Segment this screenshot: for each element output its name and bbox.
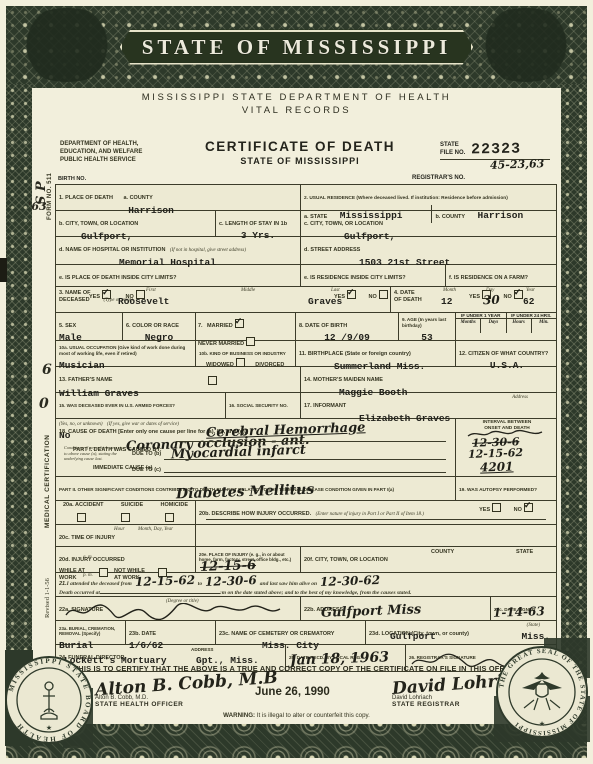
field-armed-forces: 15. WAS DECEASED EVER IN U.S. ARMED FORC… [56, 393, 226, 418]
field-marital-status: 7. MARRIED NEVER MARRIED WIDOWED DIVORCE… [196, 313, 296, 340]
field-informant: 17. INFORMANT Address Elizabeth Graves [301, 393, 558, 418]
field-citizen: 12. CITIZEN OF WHAT COUNTRY? U.S.A. [456, 341, 558, 366]
field-death-city: b. CITY, TOWN, OR LOCATION Gulfport, [56, 211, 216, 236]
death-limits-label: e. IS PLACE OF DEATH INSIDE CITY LIMITS? [59, 275, 176, 282]
field-residence-farm: f. IS RESIDENCE ON A FARM? YES NO [446, 265, 558, 286]
left-seal-star: ★ [46, 724, 52, 732]
location-city-value: Gulfport [390, 631, 436, 642]
scan-artifact [0, 258, 7, 282]
hours-label: Hours [507, 319, 532, 333]
informant-label: 17. INFORMANT [304, 403, 346, 410]
field-burial-date: 23b. DATE 1/6/62 [126, 621, 216, 644]
death-occurred-label: Death occurred at [59, 590, 100, 596]
top-border-engraving: STATE OF MISSISSIPPI [6, 6, 587, 88]
death-certificate-page: STATE OF MISSISSIPPI MISSISSIPPI STATE D… [0, 0, 593, 764]
copy-date: June 26, 1990 [255, 686, 330, 698]
field-cemetery: 23c. NAME OF CEMETERY OR CREMATORY Miss.… [216, 621, 366, 644]
month-label: Month [443, 288, 456, 293]
field-residence-city: c. CITY, TOWN, OR LOCATION Gulfport, [301, 211, 558, 236]
state-file-label1: STATE [440, 142, 459, 148]
field-sex: 5. SEX Male [56, 313, 123, 340]
physician-signature-scrawl [62, 603, 287, 620]
under-24-hrs-label: IF UNDER 24 HRS. [507, 313, 557, 318]
cause-line-c [164, 472, 446, 473]
field-physician-address: 22b. ADDRESS Gulfport Miss [301, 597, 491, 620]
field-place-of-death: 1. PLACE OF DEATH a. COUNTY Harrison [56, 185, 301, 210]
conditions-note: Conditions, if any, which gave rise to a… [64, 445, 126, 462]
masthead-line2: VITAL RECORDS [40, 105, 553, 116]
right-seal-star: ★ [539, 720, 545, 728]
mdy-label: Month, Day, Year [138, 527, 173, 532]
hospital-note: (If not in hospital, give street address… [170, 248, 246, 253]
race-label: 6. COLOR OR RACE [126, 323, 179, 330]
registrar-value: 45-23,63 [490, 157, 545, 172]
field-place-of-injury: 20e. PLACE OF INJURY (e. g., in or about… [196, 547, 301, 572]
death-year-value: 62 [523, 296, 534, 307]
part2-handwriting: Diabetes Mellitus [176, 482, 315, 503]
days-label: Days [481, 319, 506, 333]
min-label: Min. [532, 319, 556, 333]
agency-line2: EDUCATION, AND WELFARE [60, 148, 142, 156]
death-time-line [100, 593, 220, 594]
field-date-signed: 22c. DATE SIGNED 1-14-63 [491, 597, 558, 620]
certificate-subtitle: STATE OF MISSISSIPPI [200, 156, 400, 166]
accident-label: ACCIDENT [75, 502, 103, 508]
state-file-label2: FILE NO. [440, 150, 465, 156]
suicide-checkbox [121, 513, 130, 522]
certificate-title: CERTIFICATE OF DEATH [200, 139, 400, 154]
business-label: 10b. KIND OF BUSINESS OR INDUSTRY [199, 351, 286, 357]
due-to-b-label: DUE TO (b) [132, 451, 161, 458]
health-officer-signature-block: Alton B. Cobb, M.B Alton B. Cobb, M.D. S… [95, 674, 278, 708]
age-label: 9. AGE (In years last birthday) [402, 317, 452, 328]
field-mother-name: 14. MOTHER'S MAIDEN NAME Maggie Booth [301, 367, 558, 392]
autopsy-label: 19. WAS AUTOPSY PERFORMED? [459, 488, 537, 494]
due-to-c-label: DUE TO (c) [132, 467, 161, 474]
field-usual-residence: 2. USUAL RESIDENCE (Where deceased lived… [301, 185, 558, 210]
margin-handwriting-6: 6 [42, 362, 52, 378]
injury-occurred-label: 20d. INJURY OCCURRED [59, 557, 125, 564]
father-label: 13. FATHER'S NAME [59, 377, 112, 384]
field-death-city-limits: e. IS PLACE OF DEATH INSIDE CITY LIMITS?… [56, 265, 301, 286]
mother-label: 14. MOTHER'S MAIDEN NAME [304, 377, 383, 384]
attended-alive: 12-30-62 [320, 573, 381, 589]
under-1-year-label: IF UNDER 1 YEAR [456, 313, 507, 318]
health-officer-title: STATE HEALTH OFFICER [95, 701, 278, 708]
field-date-of-death: 4. DATE OF DEATH Month Day Year 12 30 62 [391, 287, 558, 312]
field-date-of-birth: 8. DATE OF BIRTH 12 /9/09 [296, 313, 399, 340]
field-describe-injury: 20b. DESCRIBE HOW INJURY OCCURRED. (Ente… [196, 501, 558, 524]
field-age: 9. AGE (In years last birthday) 53 [399, 313, 456, 340]
agency-block: DEPARTMENT OF HEALTH, EDUCATION, AND WEL… [60, 140, 142, 164]
agency-line3: PUBLIC HEALTH SERVICE [60, 156, 142, 164]
usual-residence-label: 2. USUAL RESIDENCE (Where deceased lived… [304, 196, 508, 202]
dob-label: 8. DATE OF BIRTH [299, 323, 347, 330]
field-name-of-deceased: 3. NAME OF DECEASED (Type or print) Firs… [56, 287, 391, 312]
injury-city-label: 20f. CITY, TOWN, OR LOCATION [304, 557, 388, 564]
months-label: Months [456, 319, 481, 333]
injury-county-label: COUNTY [431, 549, 454, 556]
physician-address-hand: Gulfport Miss [321, 602, 422, 620]
20a-number: 20a. [63, 502, 74, 508]
hour-label: Hour [114, 527, 125, 532]
death-month-value: 12 [441, 296, 452, 307]
attended-text1: I attended the deceased from [67, 581, 132, 587]
time-of-injury-label: 20c. TIME OF INJURY [59, 535, 115, 542]
field-color-race: 6. COLOR OR RACE Negro [123, 313, 196, 340]
field-physician-signature: 22a. SIGNATURE (Degree or title) [56, 597, 301, 620]
death-city-label: b. CITY, TOWN, OR LOCATION [59, 221, 138, 228]
informant-address-label: Address [512, 395, 528, 400]
attended-text2: and last saw him alive on [260, 581, 317, 587]
field-injury-occurred: 20d. INJURY OCCURRED WHILE AT WORK NOT W… [56, 547, 196, 572]
field-father-name: 13. FATHER'S NAME William Graves [56, 367, 301, 392]
burial-date-label: 23b. DATE [129, 631, 156, 638]
margin-handwriting-year: '63 [28, 200, 47, 213]
certificate-title-block: CERTIFICATE OF DEATH STATE OF MISSISSIPP… [200, 139, 400, 166]
field-autopsy: 19. WAS AUTOPSY PERFORMED? YES NO [456, 477, 558, 500]
registrar-label: REGISTRAR'S NO. [412, 175, 465, 181]
hospital-label: d. NAME OF HOSPITAL OR INSTITUTION [59, 247, 165, 254]
state-banner: STATE OF MISSISSIPPI [120, 30, 474, 65]
field-length-of-stay: c. LENGTH OF STAY IN 1b 3 Yrs. [216, 211, 301, 236]
date-of-death-label: 4. DATE OF DEATH [394, 290, 422, 304]
agency-line1: DEPARTMENT OF HEALTH, [60, 140, 142, 148]
field-injury-blank [196, 525, 558, 546]
field-cause-of-death: 18. CAUSE OF DEATH [Enter only one cause… [56, 419, 456, 476]
married-checkbox [235, 319, 244, 328]
homicide-checkbox [165, 513, 174, 522]
citizen-label: 12. CITIZEN OF WHAT COUNTRY? [459, 351, 548, 358]
residence-limits-label: e. IS RESIDENCE INSIDE CITY LIMITS? [304, 275, 406, 282]
street-address-label: d. STREET ADDRESS [304, 247, 360, 254]
interval-label1: INTERVAL BETWEEN [483, 420, 532, 425]
burial-label: 23a. BURIAL, CREMATION, REMOVAL (Specify… [59, 626, 122, 637]
last-label: Last [331, 288, 340, 293]
field-interval-onset-death: INTERVAL BETWEEN ONSET AND DEATH 12-30-6… [456, 419, 558, 476]
homicide-label: HOMICIDE [161, 502, 189, 509]
farm-label: f. IS RESIDENCE ON A FARM? [449, 275, 528, 282]
year-label: Year [526, 288, 535, 293]
place-of-death-label: 1. PLACE OF DEATH [59, 195, 113, 202]
medical-certification-label: MEDICAL CERTIFICATION [44, 434, 51, 528]
state-file-value: 22323 [471, 141, 521, 159]
margin-handwriting-0: 0 [39, 396, 49, 412]
sex-label: 5. SEX [59, 323, 76, 330]
field-birthplace: 11. BIRTHPLACE (State or foreign country… [296, 341, 456, 366]
field-business-industry: 10b. KIND OF BUSINESS OR INDUSTRY [196, 341, 296, 366]
certify-statement: THIS IS TO CERTIFY THAT THE ABOVE IS A T… [40, 664, 553, 673]
injury-state-label: STATE [516, 549, 533, 556]
field-ssn: 16. SOCIAL SECURITY NO. [226, 393, 301, 418]
accident-checkbox [77, 513, 86, 522]
field-accident-suicide-homicide: 20a. ACCIDENT SUICIDE HOMICIDE [56, 501, 196, 524]
county-label: a. COUNTY [123, 195, 152, 202]
name-label: 3. NAME OF DECEASED [59, 290, 99, 304]
suicide-label: SUICIDE [121, 502, 143, 509]
ssn-label: 16. SOCIAL SECURITY NO. [229, 403, 288, 409]
field-attended: 21. I attended the deceased from 12-15-6… [56, 573, 558, 596]
warning-text: WARNING: It is illegal to alter or count… [100, 712, 493, 719]
attended-text4: :m on the date stated above; and to the … [220, 590, 412, 596]
masthead-line1: MISSISSIPPI STATE DEPARTMENT OF HEALTH [40, 92, 553, 103]
masthead: MISSISSIPPI STATE DEPARTMENT OF HEALTH V… [40, 92, 553, 116]
birth-number-label: BIRTH NO. [58, 176, 86, 182]
death-day-value: 30 [483, 293, 500, 308]
first-label: First [146, 288, 156, 293]
field-part2-conditions: PART II. OTHER SIGNIFICANT CONDITIONS CO… [56, 477, 456, 500]
armed-forces-label: 15. WAS DECEASED EVER IN U.S. ARMED FORC… [59, 403, 175, 409]
field-burial-type: 23a. BURIAL, CREMATION, REMOVAL (Specify… [56, 621, 126, 644]
birthplace-label: 11. BIRTHPLACE (State or foreign country… [299, 351, 411, 358]
date-signed-hand: 1-14-63 [493, 604, 545, 620]
warning-rest: It is illegal to alter or counterfeit th… [255, 712, 370, 719]
field-occupation: 10a. USUAL OCCUPATION (Give kind of work… [56, 341, 196, 366]
describe-injury-label: 20b. DESCRIBE HOW INJURY OCCURRED. [199, 511, 311, 518]
warning-word: WARNING: [223, 712, 255, 719]
great-seal-of-mississippi: THE GREAT SEAL OF THE STATE OF MISSISSIP… [494, 638, 590, 742]
married-label: MARRIED [207, 323, 233, 330]
board-of-health-seal: MISSISSIPPI STATE BOARD OF HEALTH ★ [3, 648, 95, 748]
field-time-of-injury: 20c. TIME OF INJURY Hour Month, Day, Yea… [56, 525, 196, 546]
first-name-value: Roosevelt [118, 296, 169, 307]
field-street-address: d. STREET ADDRESS 1503 21st Street [301, 237, 558, 264]
injury-line [206, 519, 546, 520]
location-state-label: (State) [527, 623, 540, 628]
residence-city-label: c. CITY, TOWN, OR LOCATION [304, 221, 383, 228]
interval-value-4: 4201 [480, 459, 514, 474]
middle-label: Middle [241, 288, 255, 293]
revised-label: Revised 1-1-56 [44, 578, 51, 618]
field-hospital: d. NAME OF HOSPITAL OR INSTITUTION (If n… [56, 237, 301, 264]
cause-line-a [176, 441, 446, 442]
describe-injury-note: (Enter nature of injury in Part I or Par… [316, 512, 424, 517]
certificate-form: 1. PLACE OF DEATH a. COUNTY Harrison 2. … [55, 184, 557, 672]
attended-to: 12-30-6 [205, 573, 257, 589]
length-of-stay-label: c. LENGTH OF STAY IN 1b [219, 221, 287, 228]
marital-number: 7. [198, 323, 203, 330]
21-number: 21. [59, 581, 67, 588]
attended-to-label: to [198, 581, 202, 587]
field-residence-city-limits: e. IS RESIDENCE INSIDE CITY LIMITS? YES … [301, 265, 446, 286]
funeral-address-label: ADDRESS [191, 647, 213, 653]
attended-from: 12-15-62 [135, 573, 196, 589]
cause-line-b [164, 459, 446, 460]
field-injury-city: 20f. CITY, TOWN, OR LOCATION COUNTY STAT… [301, 547, 558, 572]
interval-value-3: 12-15-62 [468, 446, 523, 461]
occupation-label: 10a. USUAL OCCUPATION (Give kind of work… [59, 345, 192, 356]
cemetery-label: 23c. NAME OF CEMETERY OR CREMATORY [219, 631, 334, 638]
last-name-value: Graves [308, 296, 342, 307]
field-under-one-year: IF UNDER 1 YEAR IF UNDER 24 HRS. Months … [456, 313, 556, 340]
